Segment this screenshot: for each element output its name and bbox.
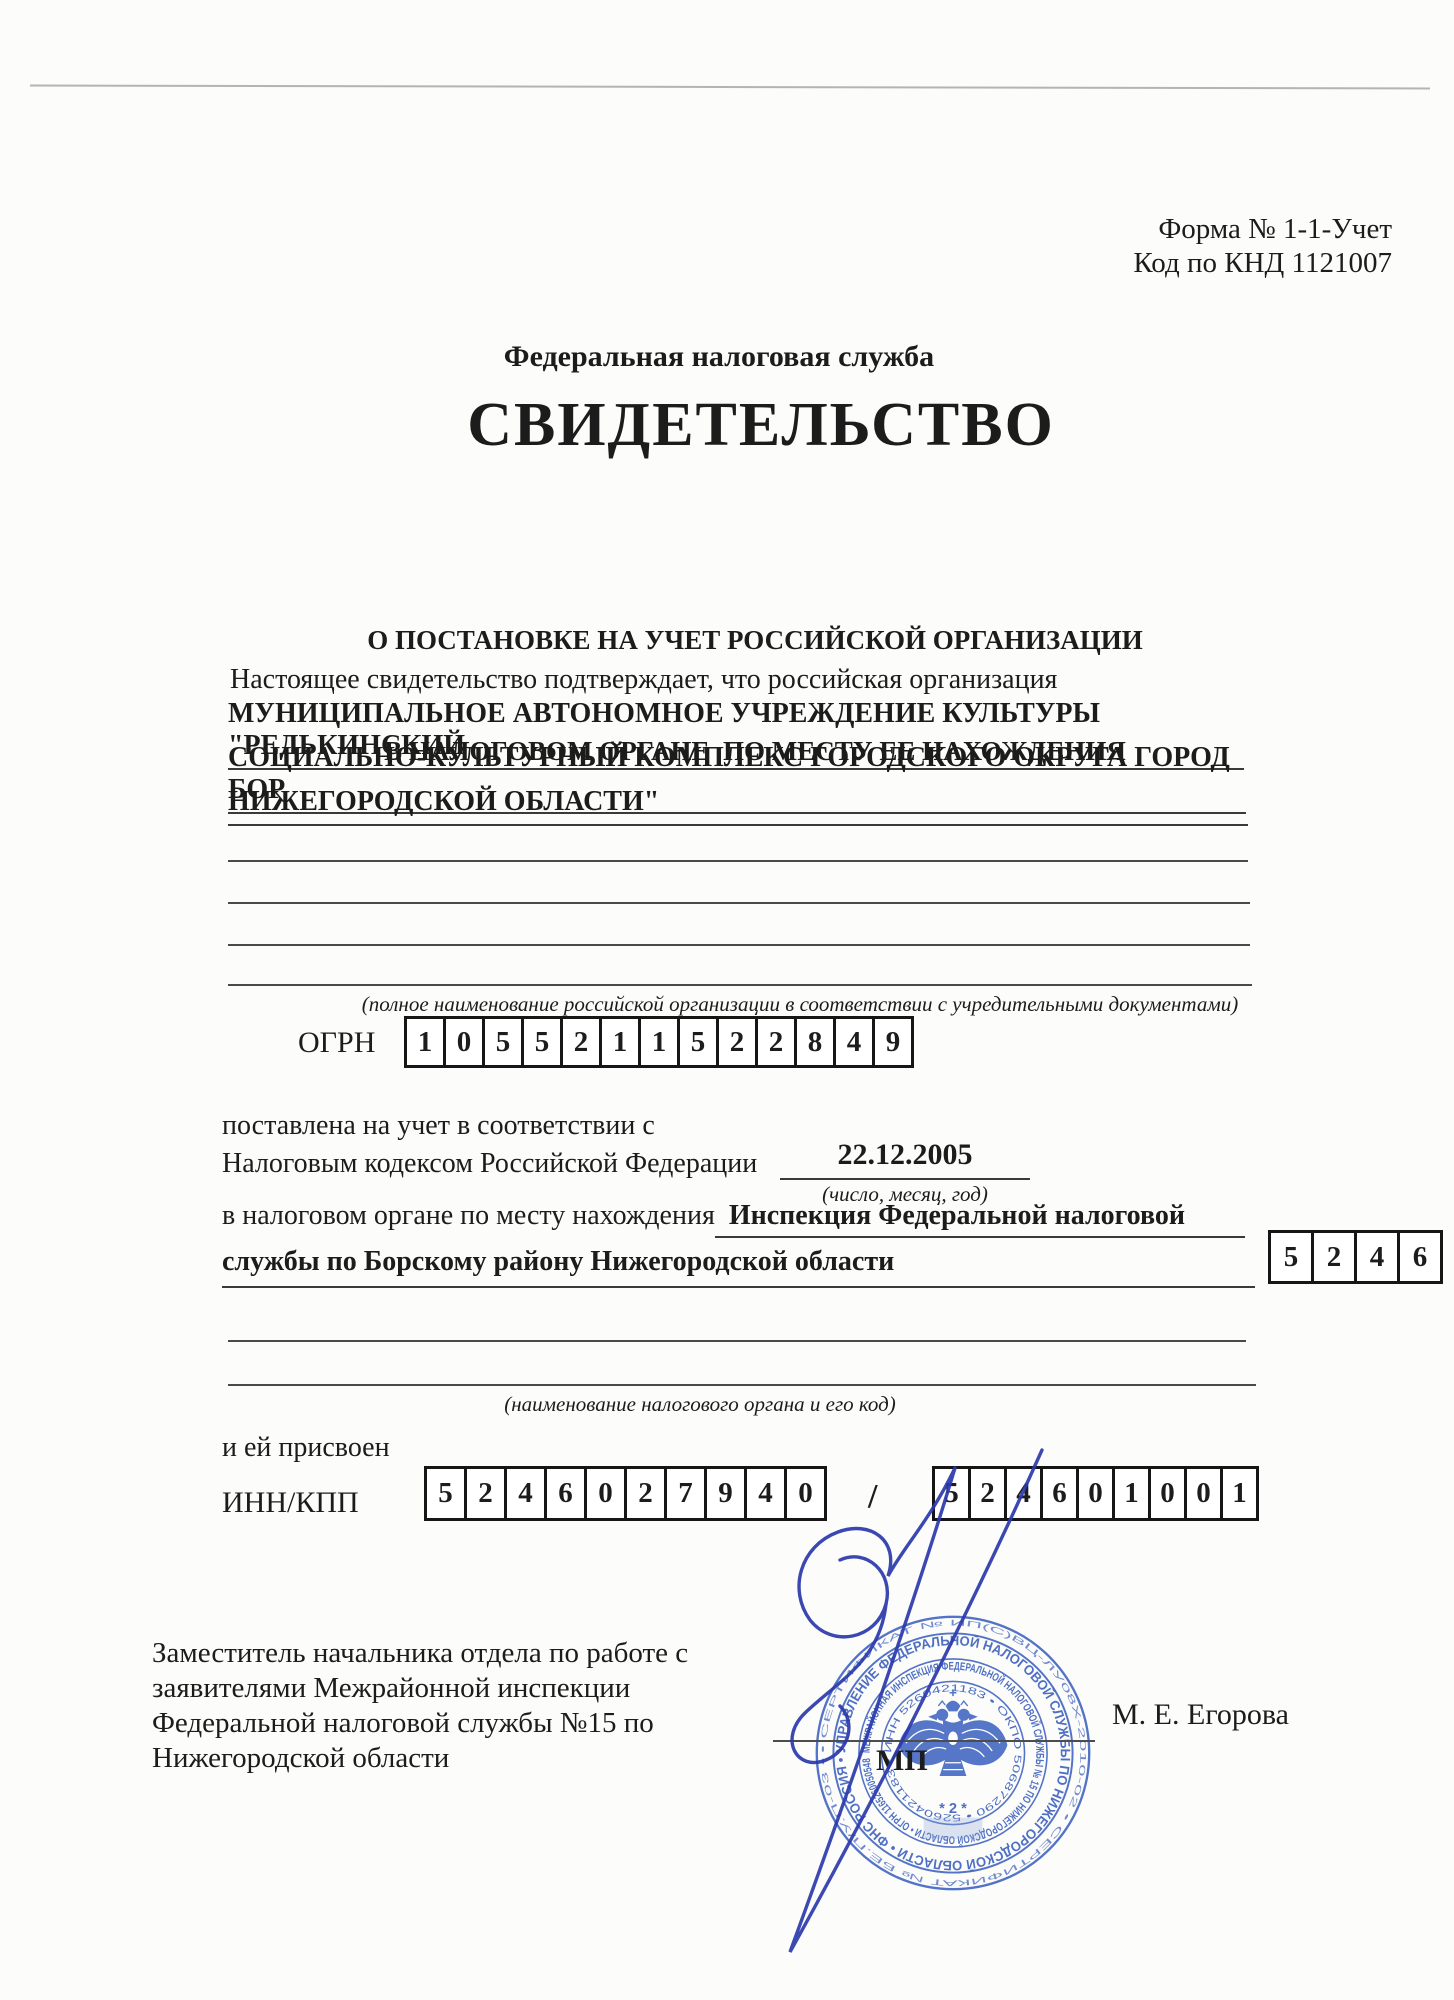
blank-rule-line xyxy=(228,944,1250,946)
digit-cell: 2 xyxy=(560,1016,602,1068)
subtitle-line-1: О ПОСТАНОВКЕ НА УЧЕТ РОССИЙСКОЙ ОРГАНИЗА… xyxy=(28,622,1454,659)
digit-cell: 4 xyxy=(1354,1230,1400,1284)
assigned-text: и ей присвоен xyxy=(222,1432,390,1464)
digit-cell: 5 xyxy=(482,1016,524,1068)
ogrn-label: ОГРН xyxy=(298,1026,375,1060)
blank-rule-line xyxy=(228,1384,1256,1386)
digit-cell: 6 xyxy=(544,1466,587,1521)
digit-cell: 8 xyxy=(794,1016,836,1068)
digit-cell: 0 xyxy=(443,1016,485,1068)
digit-cell: 0 xyxy=(1184,1466,1223,1521)
digit-cell: 5 xyxy=(521,1016,563,1068)
signer-title-block: Заместитель начальника отдела по работе … xyxy=(152,1636,732,1776)
blank-rule-line xyxy=(228,1340,1246,1342)
blank-rule-line xyxy=(228,984,1252,986)
digit-cell: 2 xyxy=(716,1016,758,1068)
blank-rule-line xyxy=(228,860,1248,862)
form-header: Форма № 1-1-Учет Код по КНД 1121007 xyxy=(1133,212,1392,280)
intro-text: Настоящее свидетельство подтверждает, чт… xyxy=(230,664,1057,696)
digit-cell: 6 xyxy=(1397,1230,1443,1284)
knd-code-label: Код по КНД 1121007 xyxy=(1133,246,1392,280)
inn-kpp-label: ИНН/КПП xyxy=(222,1486,359,1520)
signer-title-line-2: заявителями Межрайонной инспекции xyxy=(152,1671,732,1706)
digit-cell: 1 xyxy=(638,1016,680,1068)
authority-code-boxes: 5246 xyxy=(1268,1230,1443,1284)
blank-rule-line xyxy=(228,902,1250,904)
ogrn-digit-boxes: 1055211522849 xyxy=(404,1016,914,1068)
date-underline xyxy=(780,1178,1030,1180)
digit-cell: 2 xyxy=(1311,1230,1357,1284)
digit-cell: 5 xyxy=(1268,1230,1314,1284)
digit-cell: 2 xyxy=(624,1466,667,1521)
digit-cell: 2 xyxy=(755,1016,797,1068)
organization-caption: (полное наименование российской организа… xyxy=(280,992,1320,1017)
digit-cell: 9 xyxy=(872,1016,914,1068)
registered-text-line-2: Налоговым кодексом Российской Федерации xyxy=(222,1148,757,1180)
registered-text-line-1: поставлена на учет в соответствии с xyxy=(222,1110,655,1142)
signer-title-line-4: Нижегородской области xyxy=(152,1741,732,1776)
signer-title-line-3: Федеральной налоговой службы №15 по xyxy=(152,1706,732,1741)
authority-name-part-2: службы по Борскому району Нижегородской … xyxy=(222,1246,1255,1288)
digit-cell: 4 xyxy=(833,1016,875,1068)
signer-name: М. Е. Егорова xyxy=(1112,1698,1289,1732)
signer-title-line-1: Заместитель начальника отдела по работе … xyxy=(152,1636,732,1671)
certificate-page: Форма № 1-1-Учет Код по КНД 1121007 Феде… xyxy=(0,0,1454,2000)
digit-cell: 5 xyxy=(424,1466,467,1521)
authority-name-part-1: Инспекция Федеральной налоговой xyxy=(715,1200,1245,1238)
digit-cell: 1 xyxy=(404,1016,446,1068)
digit-cell: 1 xyxy=(1220,1466,1259,1521)
authority-caption: (наименование налогового органа и его ко… xyxy=(420,1392,980,1417)
digit-cell: 2 xyxy=(464,1466,507,1521)
scan-edge-line xyxy=(30,85,1430,90)
authority-line-1: в налоговом органе по месту нахождения И… xyxy=(222,1200,1245,1238)
authority-prefix: в налоговом органе по месту нахождения xyxy=(222,1200,715,1232)
digit-cell: 0 xyxy=(584,1466,627,1521)
digit-cell: 4 xyxy=(504,1466,547,1521)
form-number-label: Форма № 1-1-Учет xyxy=(1133,212,1392,246)
digit-cell: 1 xyxy=(599,1016,641,1068)
registration-date: 22.12.2005 xyxy=(780,1138,1030,1172)
digit-cell: 1 xyxy=(1112,1466,1151,1521)
handwritten-signature xyxy=(700,1430,1100,1990)
document-title: СВИДЕТЕЛЬСТВО xyxy=(34,390,1454,461)
digit-cell: 0 xyxy=(1148,1466,1187,1521)
organization-name-line-3: НИЖЕГОРОДСКОЙ ОБЛАСТИ" xyxy=(228,786,1248,826)
digit-cell: 5 xyxy=(677,1016,719,1068)
agency-name: Федеральная налоговая служба xyxy=(0,340,1446,374)
